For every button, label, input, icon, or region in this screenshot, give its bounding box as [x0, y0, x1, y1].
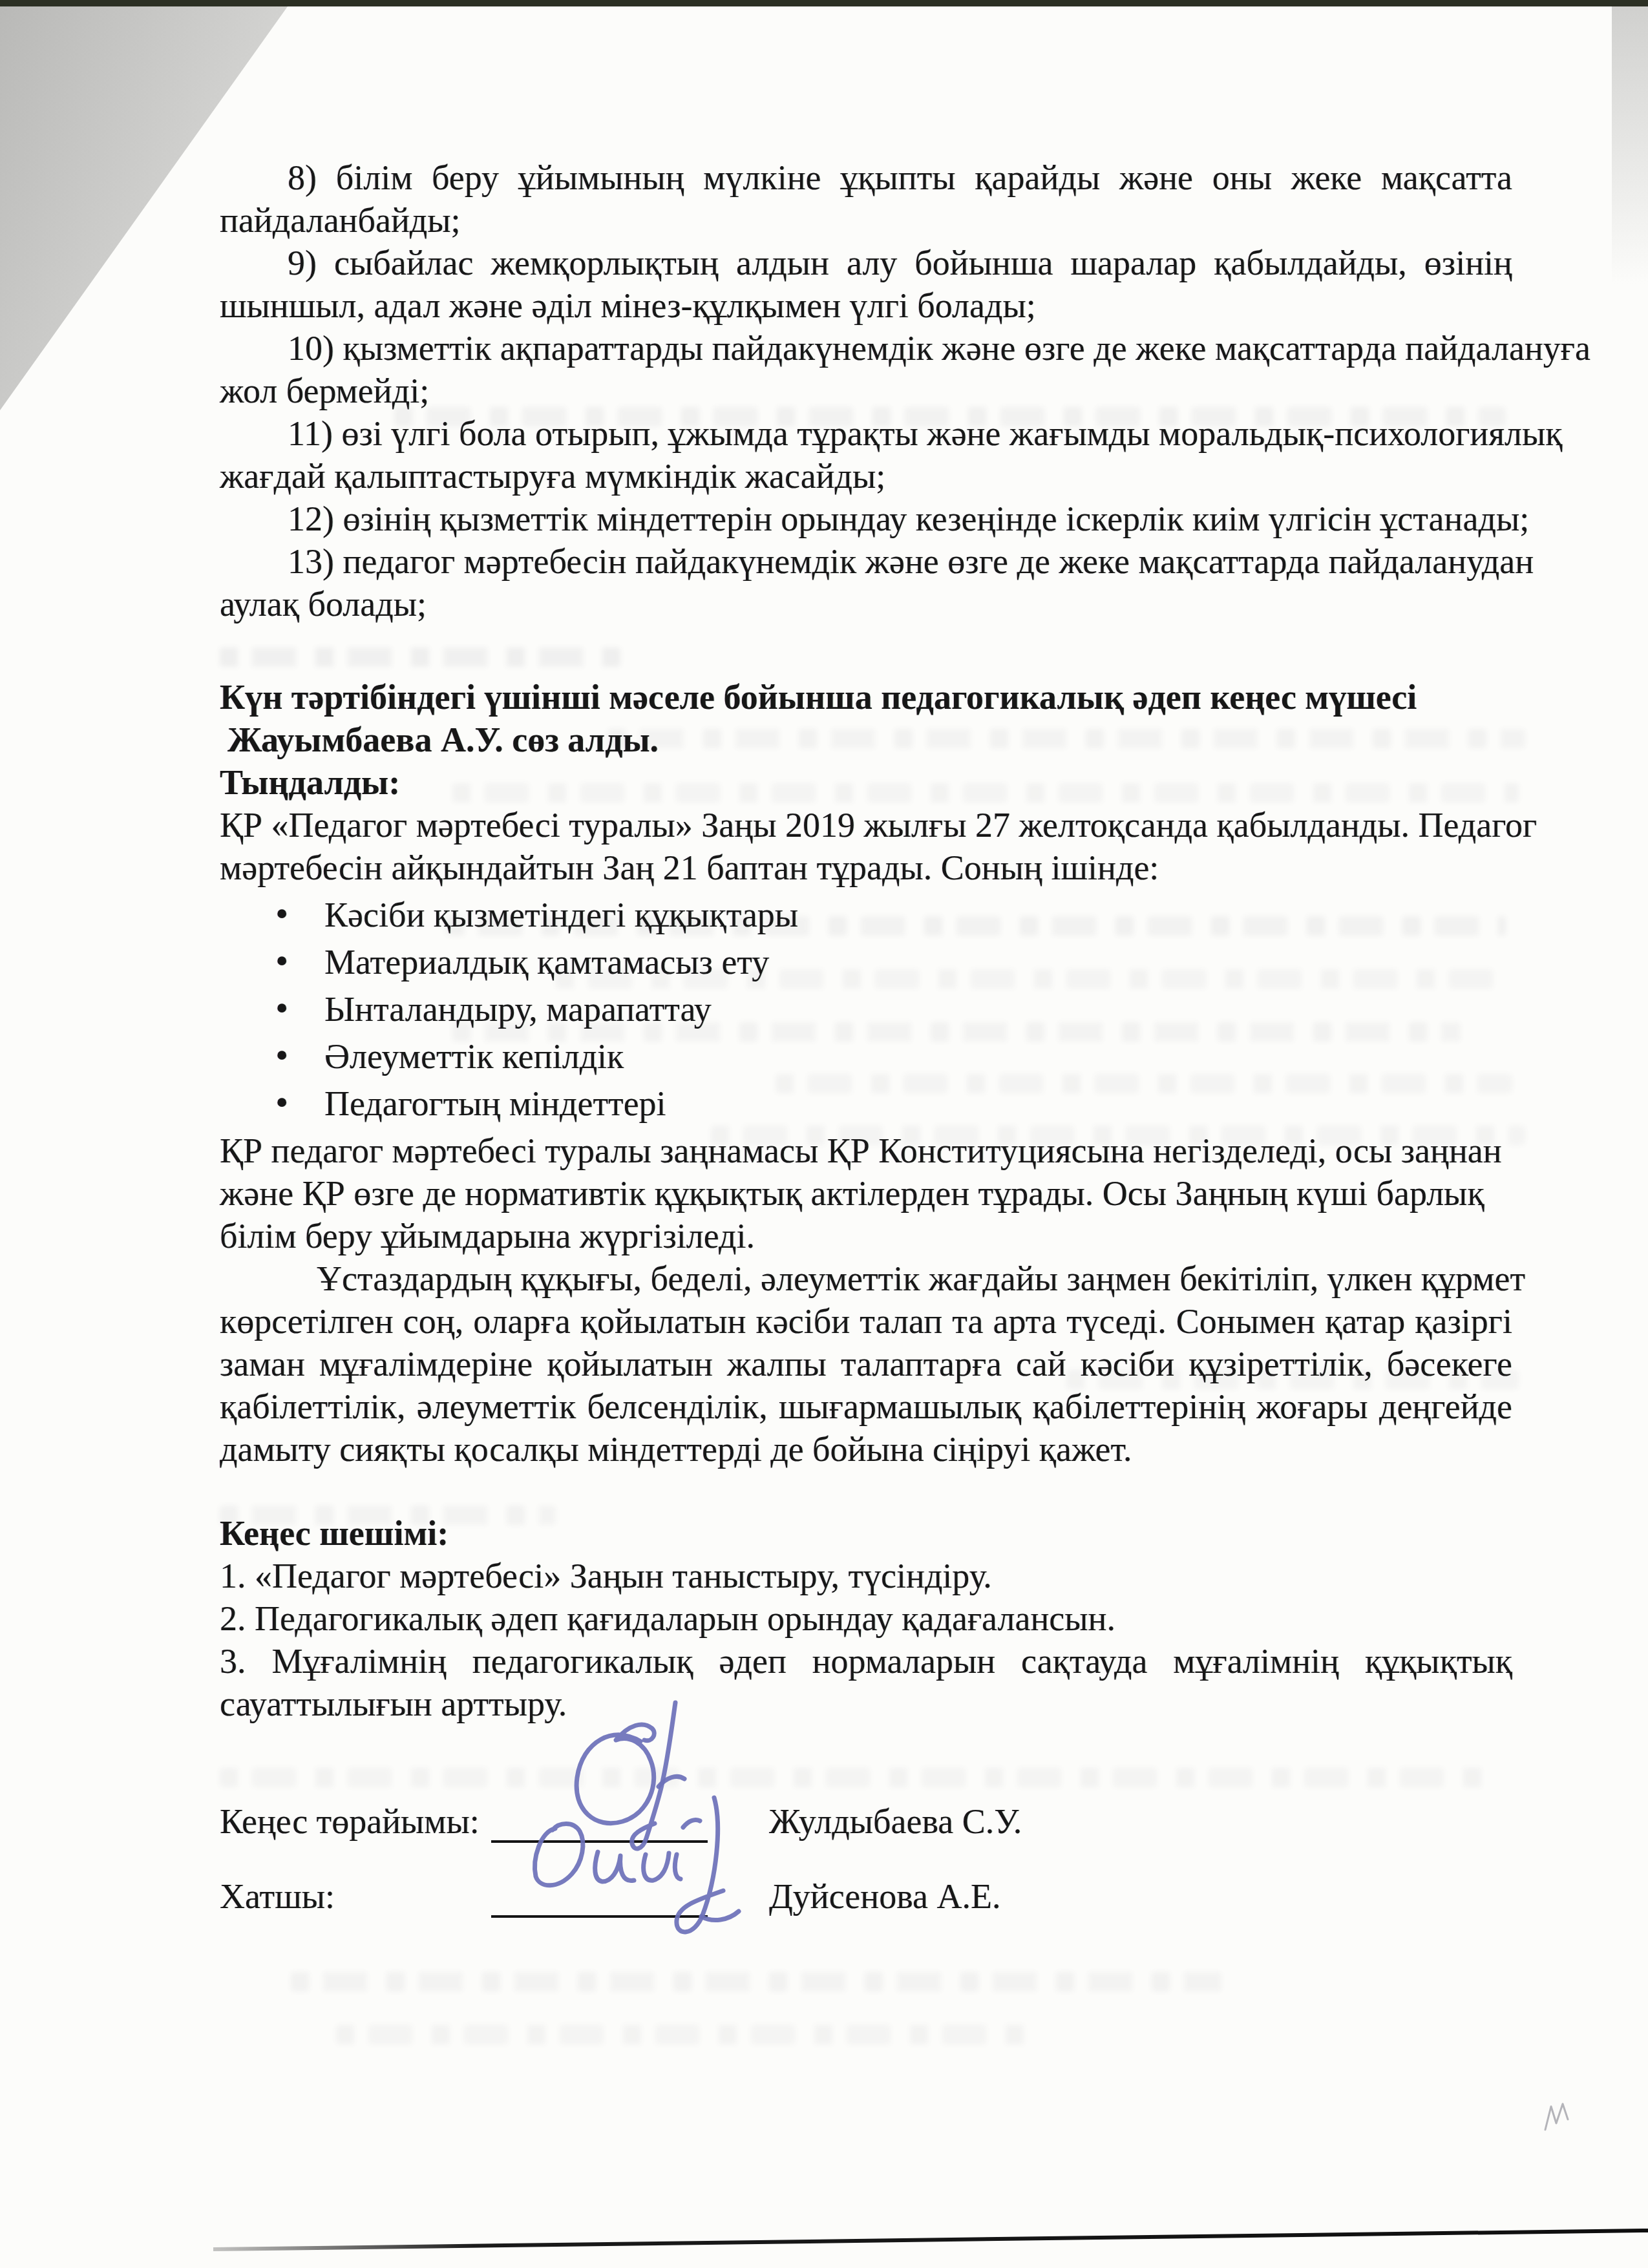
chair-name: Жулдыбаева С.У.	[769, 1800, 1022, 1843]
scanned-document-page: 8) білім беру ұйымының мүлкіне ұқыпты қа…	[0, 0, 1648, 2268]
law-paragraph-line-2: және ҚР өзге де нормативтік құқықтық акт…	[220, 1172, 1512, 1215]
decision-item-3-line-1: 3. Мұғалімнің педагогикалық әдеп нормала…	[220, 1640, 1512, 1683]
clause-8-line-1: 8) білім беру ұйымының мүлкіне ұқыпты қа…	[220, 156, 1512, 199]
law-paragraph-line-1: ҚР педагог мәртебесі туралы заңнамасы ҚР…	[220, 1129, 1512, 1172]
decision-item-3-line-2: сауаттылығын арттыру.	[220, 1683, 1512, 1725]
law-section-bullet: Педагогтың міндеттері	[220, 1082, 1512, 1125]
law-section-bullet: Ынталандыру, марапаттау	[220, 988, 1512, 1031]
teachers-paragraph-line-5: дамыту сияқты қосалқы міндеттерді де бой…	[220, 1428, 1512, 1471]
clause-13-line-1: 13) педагог мәртебесін пайдакүнемдік жән…	[220, 540, 1512, 583]
secretary-label: Хатшы:	[220, 1875, 491, 1918]
teachers-paragraph-line-4: қабілеттілік, әлеуметтік белсенділік, шы…	[220, 1385, 1512, 1428]
clause-9-line-2: шыншыл, адал және әділ мінез-құлқымен үл…	[220, 284, 1512, 327]
clause-13-line-2: аулақ болады;	[220, 583, 1512, 625]
law-section-bullet: Материалдық қамтамасыз ету	[220, 941, 1512, 983]
chair-signature-row: Кеңес төрайымы: Жулдыбаева С.У.	[220, 1800, 1512, 1843]
teachers-paragraph-line-1: Ұстаздардың құқығы, беделі, әлеуметтік ж…	[220, 1257, 1512, 1300]
clause-11-line-2: жағдай қалыптастыруға мүмкіндік жасайды;	[220, 455, 1512, 498]
clause-10-line-1: 10) қызметтік ақпараттарды пайдакүнемдік…	[220, 327, 1512, 370]
heard-paragraph-line-2: мәртебесін айқындайтын Заң 21 баптан тұр…	[220, 846, 1512, 889]
heard-paragraph-line-1: ҚР «Педагог мәртебесі туралы» Заңы 2019 …	[220, 804, 1512, 846]
bleed-through-artifact	[291, 1972, 1221, 1991]
clause-12-line-1: 12) өзінің қызметтік міндеттерін орындау…	[220, 498, 1512, 540]
teachers-paragraph-line-2: көрсетілген соң, оларға қойылатын кәсіби…	[220, 1300, 1512, 1343]
bleed-through-artifact	[336, 2025, 1034, 2044]
decision-item-2: 2. Педагогикалық әдеп қағидаларын орында…	[220, 1597, 1512, 1640]
scan-right-shade	[1612, 6, 1648, 284]
heard-label: Тыңдалды:	[220, 761, 1512, 804]
chair-label: Кеңес төрайымы:	[220, 1800, 491, 1843]
agenda-heading-line-1: Күн тәртібіндегі үшінші мәселе бойынша п…	[220, 676, 1512, 719]
clause-10-line-2: жол бермейді;	[220, 370, 1512, 412]
scan-top-edge	[0, 0, 1648, 6]
scan-bottom-page-edge	[213, 2229, 1648, 2251]
clause-8-line-2: пайдаланбайды;	[220, 199, 1512, 242]
clause-11-line-1: 11) өзі үлгі бола отырып, ұжымда тұрақты…	[220, 412, 1512, 455]
teachers-paragraph-line-3: заман мұғалімдеріне қойылатын жалпы тала…	[220, 1343, 1512, 1385]
clause-9-line-1: 9) сыбайлас жемқорлықтың алдын алу бойын…	[220, 242, 1512, 284]
law-section-bullet: Кәсіби қызметіндегі құқықтары	[220, 894, 1512, 936]
secretary-name: Дуйсенова А.Е.	[769, 1875, 1000, 1918]
agenda-heading-line-2: Жауымбаева А.У. сөз алды.	[220, 719, 1512, 761]
secretary-signature-ink	[507, 1760, 766, 1954]
secretary-signature-row: Хатшы: Дуйсенова А.Е.	[220, 1875, 1512, 1918]
decision-item-1: 1. «Педагог мәртебесі» Заңын таныстыру, …	[220, 1555, 1512, 1597]
secretary-signature-line	[491, 1875, 708, 1918]
law-paragraph-line-3: білім беру ұйымдарына жүргізіледі.	[220, 1215, 1512, 1257]
decision-label: Кеңес шешімі:	[220, 1512, 1512, 1555]
pen-mark-artifact	[1543, 2101, 1574, 2134]
law-section-bullet: Әлеуметтік кепілдік	[220, 1035, 1512, 1078]
document-body: 8) білім беру ұйымының мүлкіне ұқыпты қа…	[220, 156, 1512, 1918]
